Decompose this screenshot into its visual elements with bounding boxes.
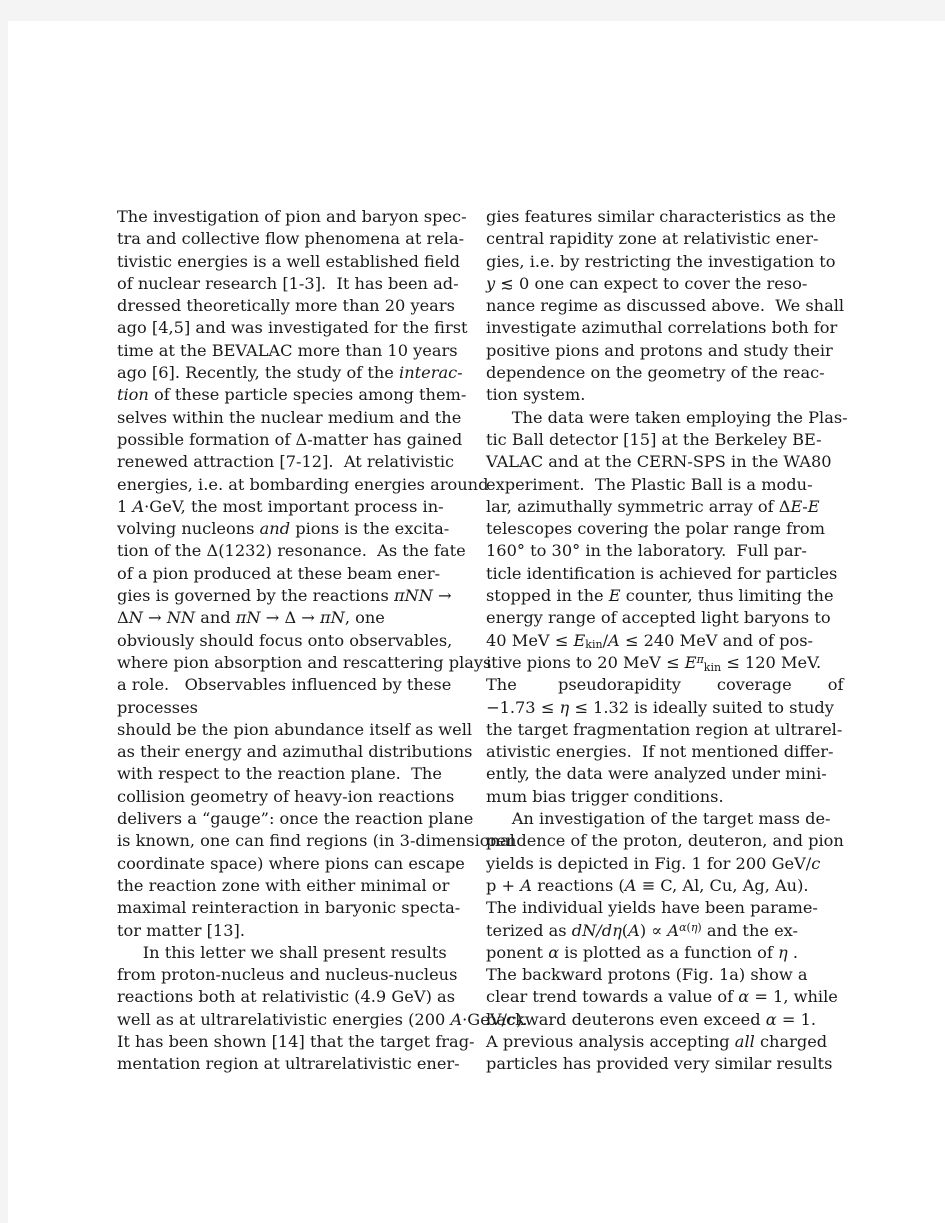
text-line: The backward protons (Fig. 1a) show a <box>486 964 820 986</box>
text-line: with respect to the reaction plane. The <box>117 763 451 785</box>
text-line: reactions both at relativistic (4.9 GeV)… <box>117 986 451 1008</box>
left-column: The investigation of pion and baryon spe… <box>117 206 451 1076</box>
text-line: p + A reactions (A ≡ C, Al, Cu, Ag, Au). <box>486 875 820 897</box>
text-line: yields is depicted in Fig. 1 for 200 GeV… <box>486 853 820 875</box>
text-line: coordinate space) where pions can escape <box>117 853 451 875</box>
text-line: itive pions to 20 MeV ≤ Eπkin ≤ 120 MeV. <box>486 652 820 674</box>
text-line: y ≲ 0 one can expect to cover the reso- <box>486 273 820 295</box>
text-line: ago [6]. Recently, the study of the inte… <box>117 362 451 384</box>
text-line: ago [4,5] and was investigated for the f… <box>117 317 451 339</box>
text-line: telescopes covering the polar range from <box>486 518 820 540</box>
text-line: as their energy and azimuthal distributi… <box>117 741 451 763</box>
text-line: of nuclear research [1-3]. It has been a… <box>117 273 451 295</box>
text-line: delivers a “gauge”: once the reaction pl… <box>117 808 451 830</box>
text-line: −1.73 ≤ η ≤ 1.32 is ideally suited to st… <box>486 697 820 719</box>
text-line: VALAC and at the CERN-SPS in the WA80 <box>486 451 820 473</box>
text-line: 1 A·GeV, the most important process in- <box>117 496 451 518</box>
text-line: selves within the nuclear medium and the <box>117 407 451 429</box>
text-line: In this letter we shall present results <box>117 942 451 964</box>
text-line: experiment. The Plastic Ball is a modu- <box>486 474 820 496</box>
text-line: the reaction zone with either minimal or <box>117 875 451 897</box>
text-line: ponent α is plotted as a function of η . <box>486 942 820 964</box>
text-line: time at the BEVALAC more than 10 years <box>117 340 451 362</box>
text-line: maximal reinteraction in baryonic specta… <box>117 897 451 919</box>
text-line: ΔN → NN and πN → Δ → πN, one <box>117 607 451 629</box>
text-line: terized as dN/dη(A) ∝ Aα(η) and the ex- <box>486 920 820 942</box>
text-line: tra and collective flow phenomena at rel… <box>117 228 451 250</box>
text-line: positive pions and protons and study the… <box>486 340 820 362</box>
text-line: 160° to 30° in the laboratory. Full par- <box>486 540 820 562</box>
text-line: should be the pion abundance itself as w… <box>117 719 451 741</box>
text-line: dependence on the geometry of the reac- <box>486 362 820 384</box>
text-line: clear trend towards a value of α = 1, wh… <box>486 986 820 1008</box>
text-line: obviously should focus onto observables, <box>117 630 451 652</box>
text-line: well as at ultrarelativistic energies (2… <box>117 1009 451 1031</box>
text-line: stopped in the E counter, thus limiting … <box>486 585 820 607</box>
text-line: from proton-nucleus and nucleus-nucleus <box>117 964 451 986</box>
text-line: is known, one can find regions (in 3-dim… <box>117 830 451 852</box>
text-line: ently, the data were analyzed under mini… <box>486 763 820 785</box>
text-line: the target fragmentation region at ultra… <box>486 719 820 741</box>
text-line: tion system. <box>486 384 820 406</box>
text-line: volving nucleons and pions is the excita… <box>117 518 451 540</box>
text-line: central rapidity zone at relativistic en… <box>486 228 820 250</box>
text-line: lar, azimuthally symmetric array of ΔE-E <box>486 496 820 518</box>
text-line: energies, i.e. at bombarding energies ar… <box>117 474 451 496</box>
right-column: gies features similar characteristics as… <box>486 206 820 1076</box>
text-line: tion of these particle species among the… <box>117 384 451 406</box>
text-line: particles has provided very similar resu… <box>486 1053 820 1075</box>
text-line: ticle identification is achieved for par… <box>486 563 820 585</box>
text-line: nance regime as discussed above. We shal… <box>486 295 820 317</box>
text-line: a role. Observables influenced by these <box>117 674 451 696</box>
text-line: pendence of the proton, deuteron, and pi… <box>486 830 820 852</box>
text-line: tivistic energies is a well established … <box>117 251 451 273</box>
text-line: ativistic energies. If not mentioned dif… <box>486 741 820 763</box>
paper-page: The investigation of pion and baryon spe… <box>8 21 945 1223</box>
text-line: mum bias trigger conditions. <box>486 786 820 808</box>
text-line: An investigation of the target mass de- <box>486 808 820 830</box>
text-line: investigate azimuthal correlations both … <box>486 317 820 339</box>
text-line: renewed attraction [7-12]. At relativist… <box>117 451 451 473</box>
text-line: tor matter [13]. <box>117 920 451 942</box>
text-line: collision geometry of heavy-ion reaction… <box>117 786 451 808</box>
text-line: A previous analysis accepting all charge… <box>486 1031 820 1053</box>
viewport: { "meta": { "document_type": "scientific… <box>0 0 945 1223</box>
text-line: of a pion produced at these beam ener- <box>117 563 451 585</box>
text-line: dressed theoretically more than 20 years <box>117 295 451 317</box>
text-line: tion of the Δ(1232) resonance. As the fa… <box>117 540 451 562</box>
text-line: 40 MeV ≤ Ekin/A ≤ 240 MeV and of pos- <box>486 630 820 652</box>
text-line: processes <box>117 697 451 719</box>
text-line: tic Ball detector [15] at the Berkeley B… <box>486 429 820 451</box>
text-line: energy range of accepted light baryons t… <box>486 607 820 629</box>
text-line: It has been shown [14] that the target f… <box>117 1031 451 1053</box>
text-line: mentation region at ultrarelativistic en… <box>117 1053 451 1075</box>
text-line: The investigation of pion and baryon spe… <box>117 206 451 228</box>
text-line: where pion absorption and rescattering p… <box>117 652 451 674</box>
text-line: The individual yields have been parame- <box>486 897 820 919</box>
text-line: gies, i.e. by restricting the investigat… <box>486 251 820 273</box>
text-line: gies features similar characteristics as… <box>486 206 820 228</box>
text-line: gies is governed by the reactions πNN → <box>117 585 451 607</box>
text-line: The data were taken employing the Plas- <box>486 407 820 429</box>
text-line: The pseudorapidity coverage of <box>486 674 820 696</box>
text-line: backward deuterons even exceed α = 1. <box>486 1009 820 1031</box>
text-line: possible formation of Δ-matter has gaine… <box>117 429 451 451</box>
